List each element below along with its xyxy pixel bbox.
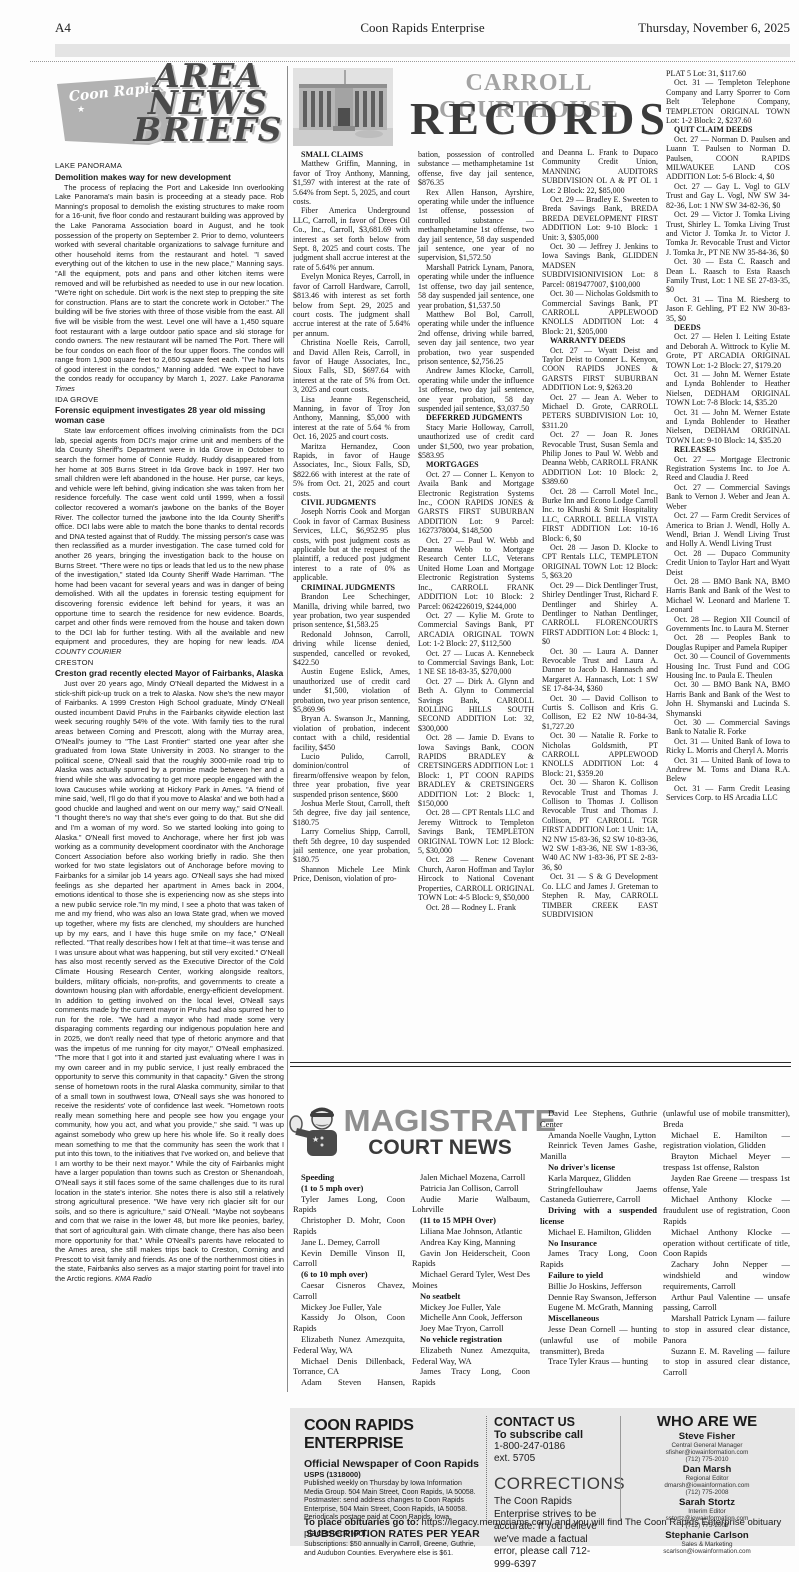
staff-phone: (712) 775-2008 — [626, 1489, 788, 1496]
magistrate-entry: Kevin Demille Vinson II, Carroll — [293, 1248, 405, 1270]
staff-member: Steve Fisher Central General Manager sfi… — [626, 1432, 788, 1463]
magistrate-entry: No Insurance — [540, 1238, 657, 1249]
record-entry: and Deanna L. Frank to Dupaco Community … — [542, 148, 658, 195]
magistrate-entry: Audie Marie Walbaum, Lohrville — [412, 1194, 530, 1216]
magistrate-entry: No seatbelt — [412, 1291, 530, 1302]
title-line-briefs: BRIEFS — [133, 116, 283, 143]
magistrate-entry: James Tracy Long, Coon Rapids — [540, 1248, 657, 1270]
record-entry: Oct. 28 — Rodney L. Frank — [418, 903, 534, 912]
subscribe-label: To subscribe call — [494, 1429, 606, 1441]
record-entry: DEEDS — [666, 323, 790, 332]
record-entry: QUIT CLAIM DEEDS — [666, 125, 790, 134]
record-entry: PLAT 5 Lot: 31, $117.60 — [666, 69, 790, 78]
record-entry: Brandon Lee Schechinger, Manilla, drivin… — [293, 592, 410, 630]
records-column-2: bation, possession of controlled substan… — [418, 150, 534, 1048]
news-brief-block: Creston grad recently elected Mayor of F… — [55, 668, 284, 678]
magistrate-entry: Marshall Patrick Lynam — failure to stop… — [663, 1313, 790, 1345]
record-entry: Marshall Patrick Lynam, Panora, operatin… — [418, 263, 534, 310]
magistrate-entry: Jalen Michael Mozena, Carroll — [412, 1172, 530, 1183]
magistrate-entry: Mickey Joe Fuller, Yale — [293, 1302, 405, 1313]
record-entry: Oct. 30 — Esta C. Raasch and Dean L. Raa… — [666, 257, 790, 295]
record-entry: Oct. 28 — Peoples Bank to Douglas Rupipe… — [666, 633, 790, 652]
record-entry: Fiber America Underground LLC, Carroll, … — [293, 206, 410, 272]
record-entry: Oct. 28 — BMO Bank NA, BMO Harris Bank a… — [666, 577, 790, 615]
record-entry: Oct. 31 — John M. Werner Estate and Lynd… — [666, 408, 790, 446]
star-icon: ★ — [77, 104, 85, 115]
magistrate-entry: Jane L. Demey, Carroll — [293, 1237, 405, 1248]
contact-corrections-section: CONTACT US To subscribe call 1-800-247-0… — [494, 1415, 606, 1571]
footer-solid-divider — [620, 1416, 621, 1521]
magistrate-column-3: David Lee Stephens, Guthrie CenterAmanda… — [540, 1108, 657, 1392]
staff-email: dmarsh@iowainformation.com — [626, 1482, 788, 1489]
news-brief-block: State law enforcement offices involving … — [55, 426, 284, 656]
magistrate-entry: Elizabeth Nunez Amezquita, Federal Way, … — [412, 1345, 530, 1367]
issue-date: Thursday, November 6, 2025 — [638, 20, 790, 36]
record-entry: SMALL CLAIMS — [293, 150, 410, 159]
record-entry: Oct. 30 — David Collison to Curtis S. Co… — [542, 694, 658, 732]
usps-number: USPS (1318000) — [304, 1470, 482, 1479]
record-entry: Oct. 27 — Paul W. Webb and Deanna Webb t… — [418, 536, 534, 611]
record-entry: Bryan A. Swanson Jr., Manning, violation… — [293, 714, 410, 752]
record-entry: WARRANTY DEEDS — [542, 336, 658, 345]
record-entry: Austin Eugene Eslick, Ames, unauthorized… — [293, 667, 410, 714]
staff-email: scarlson@iowainformation.com — [626, 1548, 788, 1555]
magistrate-entry: David Lee Stephens, Guthrie Center — [540, 1108, 657, 1130]
magistrate-entry: Gavin Jon Heiderscheit, Coon Rapids — [412, 1248, 530, 1270]
magistrate-entry: (6 to 10 mph over) — [293, 1269, 405, 1280]
record-entry: Larry Cornelius Shipp, Carroll, theft 5t… — [293, 827, 410, 865]
magistrate-entry: Elizabeth Nunez Amezquita, Federal Way, … — [293, 1334, 405, 1356]
staff-role: Central General Manager — [626, 1442, 788, 1449]
magistrate-entry: Failure to yield — [540, 1270, 657, 1281]
magistrate-entry: Reinrick Teven James Gashe, Manilla — [540, 1140, 657, 1162]
magistrate-title-bottom: COURT NEWS — [360, 1136, 520, 1160]
record-entry: Oct. 27 — Gay L. Vogl to GLV Trust and G… — [666, 182, 790, 210]
record-entry: Oct. 29 — Bradley E. Sweeten to Breda Sa… — [542, 195, 658, 242]
record-entry: Rex Allen Hanson, Ayrshire, operating wh… — [418, 188, 534, 263]
news-brief-block: LAKE PANORAMA — [55, 161, 284, 171]
magistrate-entry: Adam Steven Hansen, Audubon — [293, 1377, 405, 1390]
masthead: A4 Coon Rapids Enterprise Thursday, Nove… — [55, 20, 790, 38]
subscribe-phone: 1-800-247-0186 — [494, 1441, 606, 1453]
magistrate-column-2: Jalen Michael Mozena, CarrollPatricia Ja… — [412, 1172, 530, 1390]
magistrate-entry: Michelle Ann Cook, Jefferson — [412, 1312, 530, 1323]
magistrate-entry: Driving with a suspended license — [540, 1205, 657, 1227]
magistrate-entry: Karla Marquez, Glidden — [540, 1173, 657, 1184]
magistrate-entry: Miscellaneous — [540, 1313, 657, 1324]
record-entry: Oct. 28 — Dupaco Community Credit Union … — [666, 549, 790, 577]
record-entry: Oct. 27 — Jean A. Weber to Michael D. Gr… — [542, 393, 658, 431]
record-entry: Oct. 27 — Helen I. Leiting Estate and De… — [666, 332, 790, 370]
magistrate-entry: Tyler James Long, Coon Rapids — [293, 1194, 405, 1216]
staff-name: Sarah Stortz — [626, 1498, 788, 1508]
staff-email: sfisher@iowainformation.com — [626, 1449, 788, 1456]
corrections-title: CORRECTIONS — [494, 1474, 606, 1494]
staff-name: Dan Marsh — [626, 1465, 788, 1475]
magistrate-entry: (11 to 15 MPH Over) — [412, 1215, 530, 1226]
record-entry: Oct. 27 — Mortgage Electronic Registrati… — [666, 455, 790, 483]
magistrate-column-4: (unlawful use of mobile transmitter), Br… — [663, 1108, 790, 1392]
magistrate-entry: Michael Gerard Tyler, West Des Moines — [412, 1269, 530, 1291]
magistrate-entry: Jesse Dean Cornell — hunting (unlawful u… — [540, 1324, 657, 1356]
record-entry: Matthew Bol Bol, Carroll, operating whil… — [418, 310, 534, 366]
news-brief-block: CRESTON — [55, 658, 284, 668]
magistrate-entry: No vehicle registration — [412, 1334, 530, 1345]
record-entry: Stacy Marie Holloway, Carroll, unauthori… — [418, 423, 534, 461]
magistrate-entry: Christopher D. Mohr, Coon Rapids — [293, 1215, 405, 1237]
subscribe-ext: ext. 5705 — [494, 1453, 606, 1465]
record-entry: Oct. 29 — Dick Dentlinger Trust, Shirley… — [542, 581, 658, 647]
area-news-briefs-logo: Coon Rapids ★ AREA NEWS BRIEFS — [55, 66, 283, 148]
column-divider-rule — [287, 66, 288, 1392]
magistrate-entry: James Tracy Long, Coon Rapids — [412, 1366, 530, 1388]
record-entry: Oct. 31 — United Bank of Iowa to Ricky L… — [666, 737, 790, 756]
record-entry: Oct. 31 — Tina M. Riesberg to Jason F. G… — [666, 295, 790, 323]
record-entry: DEFERRED JUDGMENTS — [418, 413, 534, 422]
enterprise-subtitle: Official Newspaper of Coon Rapids — [304, 1458, 482, 1470]
magistrate-entry: Michael Anthony Klocke — operation witho… — [663, 1227, 790, 1259]
magistrate-entry: Amanda Noelle Vaughn, Lytton — [540, 1130, 657, 1141]
subscription-rates: Subscriptions: $50 annually in Carroll, … — [304, 1541, 482, 1558]
enterprise-title: COON RAPIDS ENTERPRISE — [304, 1417, 482, 1453]
record-entry: Joseph Norris Cook and Morgan Cook in fa… — [293, 507, 410, 582]
record-entry: MORTGAGES — [418, 460, 534, 469]
record-entry: Redonald Johnson, Carroll, driving while… — [293, 630, 410, 668]
magistrate-entry: Michael E. Hamilton — registration viola… — [663, 1130, 790, 1152]
footer-info-box: COON RAPIDS ENTERPRISE Official Newspape… — [290, 1408, 795, 1546]
record-entry: Andrew James Klocke, Carroll, operating … — [418, 366, 534, 413]
record-entry: Oct. 27 — Joan R. Jones Revocable Trust,… — [542, 430, 658, 486]
magistrate-entry: No driver's license — [540, 1162, 657, 1173]
who-are-we-title: WHO ARE WE — [626, 1413, 788, 1430]
magistrate-title-top: MAGISTRATE — [344, 1103, 533, 1139]
magistrate-entry: Mickey Joe Fuller, Yale — [412, 1302, 530, 1313]
record-entry: bation, possession of controlled substan… — [418, 150, 534, 188]
record-entry: Oct. 27 — Conner L. Kenyon to Availa Ban… — [418, 470, 534, 536]
magistrate-entry: (1 to 5 mph over) — [293, 1183, 405, 1194]
news-brief-block: Just over 20 years ago, Mindy O'Neall de… — [55, 679, 284, 1283]
record-entry: Maritza Hernandez, Coon Rapids, in favor… — [293, 442, 410, 498]
area-news-briefs-column: LAKE PANORAMADemolition makes way for ne… — [55, 160, 284, 1386]
magistrate-entry: Kassidy Jo Olson, Coon Rapids — [293, 1312, 405, 1334]
staff-role: Regional Editor — [626, 1475, 788, 1482]
record-entry: Oct. 27 — Dirk A. Glynn and Beth A. Glyn… — [418, 677, 534, 733]
magistrate-entry: Trace Tyler Kraus — hunting — [540, 1356, 657, 1367]
record-entry: Oct. 27 — Lucas A. Kennebeck to Commerci… — [418, 649, 534, 677]
courthouse-photo — [293, 68, 393, 146]
magistrate-entry: Dennie Ray Swanson, Jefferson — [540, 1292, 657, 1303]
magistrate-entry: Zachary John Nepper — windshield and win… — [663, 1259, 790, 1291]
record-entry: Oct. 30 — Nicholas Goldsmith to Commerci… — [542, 289, 658, 336]
record-entry: Oct. 30 — Commercial Savings Bank to Nat… — [666, 718, 790, 737]
magistrate-entry: Speeding — [293, 1172, 405, 1183]
magistrate-entry: Michael Anthony Klocke — fraudulent use … — [663, 1194, 790, 1226]
record-entry: Oct. 30 — Jeffrey J. Jenkins to Iowa Sav… — [542, 242, 658, 289]
staff-member: Dan Marsh Regional Editor dmarsh@iowainf… — [626, 1465, 788, 1496]
record-entry: Oct. 30 — Natalie R. Forke to Nicholas G… — [542, 731, 658, 778]
record-entry: Oct. 28 — Renew Covenant Church, Aaron H… — [418, 855, 534, 902]
record-entry: Oct. 30 — Council of Governments Housing… — [666, 652, 790, 680]
magistrate-entry: Eugene M. McGrath, Manning — [540, 1302, 657, 1313]
magistrate-entry: Suzann E. M. Raveling — failure to stop … — [663, 1346, 790, 1378]
record-entry: Oct. 28 — Jason D. Klocke to CPT Rentals… — [542, 543, 658, 581]
record-entry: CIVIL JUDGMENTS — [293, 498, 410, 507]
section-double-rule — [290, 1062, 791, 1067]
news-brief-block: The process of replacing the Port and La… — [55, 183, 284, 394]
svg-text:★: ★ — [312, 1135, 319, 1144]
records-column-1: SMALL CLAIMSMatthew Griffin, Manning, in… — [293, 150, 410, 1048]
record-entry: Oct. 28 — Carroll Motel Inc., Burke Inn … — [542, 487, 658, 543]
news-brief-block: IDA GROVE — [55, 395, 284, 405]
record-entry: Oct. 28 — Region XII Council of Governme… — [666, 615, 790, 634]
record-entry: Lisa Jeanne Regenscheid, Manning, in fav… — [293, 395, 410, 442]
record-entry: Oct. 31 — Templeton Telephone Company an… — [666, 78, 790, 125]
magistrate-entry: Andrea Kay King, Manning — [412, 1237, 530, 1248]
staff-role: Sales & Marketing — [626, 1541, 788, 1548]
record-entry: Oct. 27 — Commercial Savings Bank to Ver… — [666, 483, 790, 511]
record-entry: Oct. 31 — S & G Development Co. LLC and … — [542, 872, 658, 919]
record-entry: Oct. 28 — Jamie D. Evans to Iowa Savings… — [418, 733, 534, 808]
record-entry: Oct. 30 — Sharon K. Collison Revocable T… — [542, 778, 658, 872]
magistrate-entry: Liliana Mae Johnson, Atlantic — [412, 1226, 530, 1237]
staff-name: Steve Fisher — [626, 1432, 788, 1442]
magistrate-column-1: Speeding(1 to 5 mph over)Tyler James Lon… — [293, 1172, 405, 1390]
magistrate-entry: Stringfellouhaw Jaems Castaneda Gutierre… — [540, 1184, 657, 1206]
contact-us-title: CONTACT US — [494, 1415, 606, 1429]
staff-phone: (712) 775-2010 — [626, 1456, 788, 1463]
records-column-3: and Deanna L. Frank to Dupaco Community … — [542, 148, 658, 1046]
magistrate-entry: (unlawful use of mobile transmitter), Br… — [663, 1108, 790, 1130]
staff-role: Interim Editor — [626, 1508, 788, 1515]
record-entry: Oct. 27 — Wyatt Deist and Taylor Deist t… — [542, 346, 658, 393]
magistrate-entry: Joey Mae Tryon, Carroll — [412, 1323, 530, 1334]
magistrate-entry: Michael E. Hamilton, Glidden — [540, 1227, 657, 1238]
magistrate-entry: Patricia Jan Collison, Carroll — [412, 1183, 530, 1194]
record-entry: Lucio Pulido, Carroll, dominion/control … — [293, 752, 410, 799]
record-entry: RELEASES — [666, 445, 790, 454]
newspaper-page: A4 Coon Rapids Enterprise Thursday, Nove… — [0, 0, 799, 1572]
news-brief-block: Forensic equipment investigates 28 year … — [55, 405, 284, 425]
records-title-bottom: RECORDS — [410, 92, 662, 145]
obituary-note-lead: To place obituaries go to: — [304, 1517, 419, 1528]
magistrate-entry: Billie Jo Hoskins, Jefferson — [540, 1281, 657, 1292]
record-entry: Oct. 31 — United Bank of Iowa to Andrew … — [666, 756, 790, 784]
record-entry: Oct. 30 — BMO Bank NA, BMO Harris Bank a… — [666, 680, 790, 718]
news-brief-block: Demolition makes way for new development — [55, 172, 284, 182]
record-entry: Shannon Michele Lee Mink Price, Denison,… — [293, 865, 410, 884]
record-entry: Oct. 31 — Farm Credit Leasing Services C… — [666, 784, 790, 803]
area-news-briefs-title: AREA NEWS BRIEFS — [133, 62, 283, 143]
record-entry: CRIMINAL JUDGMENTS — [293, 583, 410, 592]
record-entry: Oct. 27 — Kylie M. Grote to Commercial S… — [418, 611, 534, 649]
record-entry: Oct. 30 — Laura A. Danner Revocable Trus… — [542, 647, 658, 694]
magistrate-entry: Caesar Cisneros Chavez, Carroll — [293, 1280, 405, 1302]
obituary-note: To place obituaries go to: https://legac… — [304, 1517, 787, 1539]
magistrate-entry: Michael Denis Dillenback, Torrance, CA — [293, 1356, 405, 1378]
record-entry: Oct. 27 — Norman D. Paulsen and Luann T.… — [666, 135, 790, 182]
footer-dotted-divider — [486, 1416, 487, 1521]
record-entry: Joshua Merle Stout, Carroll, theft 5th d… — [293, 799, 410, 827]
magistrate-entry: Jayden Rae Greene — trespass 1st offense… — [663, 1173, 790, 1195]
record-entry: Oct. 27 — Farm Credit Services of Americ… — [666, 511, 790, 549]
magistrate-entry: Brayton Michael Meyer — trespass 1st off… — [663, 1151, 790, 1173]
records-column-4: PLAT 5 Lot: 31, $117.60Oct. 31 — Templet… — [666, 69, 790, 1046]
record-entry: Matthew Griffin, Manning, in favor of Tr… — [293, 159, 410, 206]
record-entry: Christina Noelle Reis, Carroll, and Davi… — [293, 338, 410, 394]
record-entry: Oct. 28 — CPT Rentals LLC and Jeremy Wit… — [418, 808, 534, 855]
record-entry: Oct. 29 — Victor J. Tomka Living Trust, … — [666, 210, 790, 257]
record-entry: Oct. 31 — John M. Werner Estate and Lynd… — [666, 370, 790, 408]
police-officer-icon: ★ — [289, 1104, 345, 1160]
magistrate-entry: Arthur Paul Valentine — unsafe passing, … — [663, 1292, 790, 1314]
record-entry: Evelyn Monica Reyes, Carroll, in favor o… — [293, 272, 410, 338]
